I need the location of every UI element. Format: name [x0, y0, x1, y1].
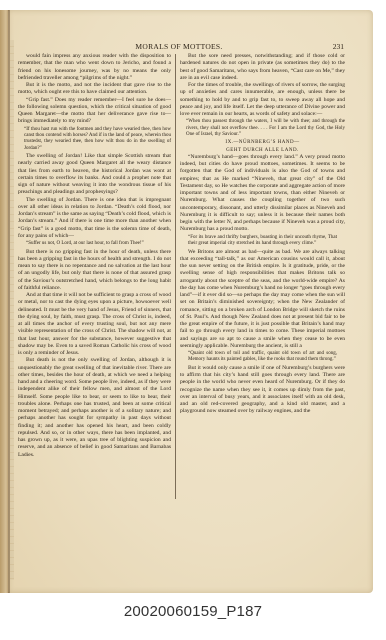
column-rule — [175, 54, 176, 499]
block-quote: “If thou hast run with the footmen and t… — [24, 127, 171, 153]
paragraph: But the sore need presses, notwithstandi… — [180, 53, 345, 82]
left-text-column: would fain impress any anxious reader wi… — [18, 53, 171, 459]
block-quote: “When thou passest through the waters, I… — [186, 119, 345, 138]
page-number: 231 — [333, 42, 344, 51]
facing-page-edge — [10, 40, 14, 580]
right-text-column: But the sore need presses, notwithstandi… — [180, 53, 345, 416]
paragraph: “Nuremburg’s hand—goes through every lan… — [180, 154, 345, 234]
paragraph: But there is no gripping fast in the hou… — [18, 249, 171, 293]
page-header: MORALS OF MOTTOES. 231 — [14, 42, 344, 52]
paragraph: The swelling of Jordan. There is one ide… — [18, 197, 171, 241]
block-quote: “For its brave and thrifty burghers, boa… — [188, 235, 337, 248]
paragraph: “Grip fast.” Does my reader remember—I f… — [18, 97, 171, 126]
image-caption: 20020060159_P187 — [0, 603, 386, 620]
paragraph: For the times of trouble, the swellings … — [180, 82, 345, 118]
paragraph: We Britons are almost as bad—quite as ba… — [180, 249, 345, 351]
paragraph: But death is not the only swelling of Jo… — [18, 357, 171, 459]
paragraph: But it would only cause a smile if one o… — [180, 365, 345, 416]
paragraph: But it is the motto, and not the inciden… — [18, 82, 171, 97]
paragraph: The swelling of Jordan! Like that simple… — [18, 153, 171, 197]
block-quote: “Quaint old town of toil and traffic, qu… — [188, 351, 337, 364]
paragraph: would fain impress any anxious reader wi… — [18, 53, 171, 82]
section-heading: GEHT DURCH ALLE LAND. — [180, 147, 345, 154]
paragraph: And at that time it will not be sufficie… — [18, 292, 171, 357]
block-quote: “Suffer us not, O Lord, at our last hour… — [26, 241, 163, 247]
section-heading: IX.—NÜRNBERG’S HAND— — [180, 139, 345, 146]
running-head: MORALS OF MOTTOES. — [14, 42, 344, 51]
